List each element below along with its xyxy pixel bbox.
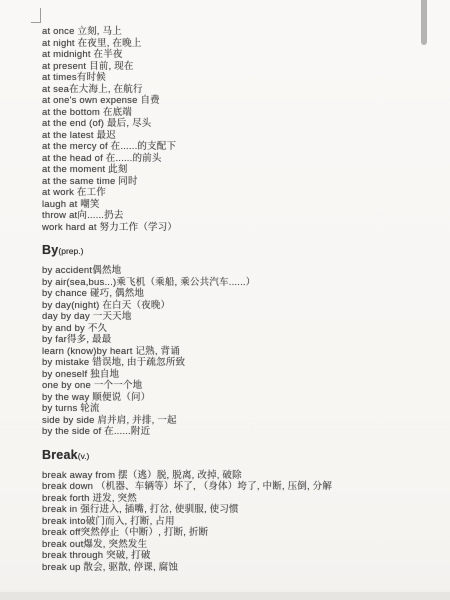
phrase-line: by mistake 错误地, 由于疏忽所致: [42, 357, 426, 369]
phrase-line: at once 立刻, 马上: [42, 26, 426, 38]
phrase-line: break away from 摆（逃）脱, 脱离, 改掉, 破除: [42, 470, 426, 482]
section-title-suffix: (v.): [78, 451, 90, 461]
phrase-line: break through 突破, 打破: [42, 550, 426, 562]
phrase-line: at the same time 同时: [42, 176, 426, 188]
section-title: By: [42, 243, 58, 257]
phrase-line: by and by 不久: [42, 323, 426, 335]
phrase-line: by far得多, 最最: [42, 334, 426, 346]
phrase-line: by accident偶然地: [42, 265, 426, 277]
phrase-line: at work 在工作: [42, 187, 426, 199]
document-page: at once 立刻, 马上at night 在夜里, 在晚上at midnig…: [0, 0, 450, 600]
phrase-line: laugh at 嘲笑: [42, 199, 426, 211]
phrase-line: break into破门而入, 打断, 占用: [42, 516, 426, 528]
phrase-line: break out爆发, 突然发生: [42, 539, 426, 551]
phrase-line: at the mercy of 在......的支配下: [42, 141, 426, 153]
phrase-line: work hard at 努力工作（学习）: [42, 222, 426, 234]
phrase-line: at times有时候: [42, 72, 426, 84]
phrase-line: at the head of 在......的前头: [42, 153, 426, 165]
document-body: at once 立刻, 马上at night 在夜里, 在晚上at midnig…: [42, 26, 426, 573]
section-title-suffix: (prep.): [58, 246, 83, 256]
margin-corner-marker: [31, 8, 41, 23]
phrase-line: at one's own expense 自费: [42, 95, 426, 107]
phrase-line: side by side 肩并肩, 并排, 一起: [42, 415, 426, 427]
section-title: Break: [42, 448, 78, 462]
phrase-line: throw at向......扔去: [42, 210, 426, 222]
phrase-line: learn (know)by heart 记熟, 背诵: [42, 346, 426, 358]
phrase-line: day by day 一天天地: [42, 311, 426, 323]
phrase-line: at the latest 最迟: [42, 130, 426, 142]
phrase-line: at present 目前, 现在: [42, 61, 426, 73]
phrase-line: break up 散会, 驱散, 停课, 腐蚀: [42, 562, 426, 574]
phrase-line: by turns 轮流: [42, 403, 426, 415]
phrase-line: by air(sea,bus...)乘飞机（乘船, 乘公共汽车......）: [42, 277, 426, 289]
page-bottom-edge: [0, 592, 450, 600]
phrase-line: at the end (of) 最后, 尽头: [42, 118, 426, 130]
phrase-line: one by one 一个一个地: [42, 380, 426, 392]
phrase-line: at the bottom 在底端: [42, 107, 426, 119]
phrase-line: by the way 顺便说（问）: [42, 392, 426, 404]
phrase-line: by the side of 在......附近: [42, 426, 426, 438]
phrase-line: by chance 碰巧, 偶然地: [42, 288, 426, 300]
phrase-line: at the moment 此刻: [42, 164, 426, 176]
phrase-line: at night 在夜里, 在晚上: [42, 38, 426, 50]
section-heading: Break(v.): [42, 448, 426, 462]
phrase-line: break down （机器、车辆等）坏了, （身体）垮了, 中断, 压倒, 分…: [42, 481, 426, 493]
phrase-line: break forth 迸发, 突然: [42, 493, 426, 505]
section-heading: By(prep.): [42, 243, 426, 257]
phrase-line: break off突然停止（中断）, 打断, 折断: [42, 527, 426, 539]
phrase-line: by day(night) 在白天（夜晚）: [42, 300, 426, 312]
phrase-line: at sea在大海上, 在航行: [42, 84, 426, 96]
phrase-line: break in 强行进入, 插嘴, 打岔, 使驯服, 使习惯: [42, 504, 426, 516]
phrase-line: by oneself 独自地: [42, 369, 426, 381]
phrase-line: at midnight 在半夜: [42, 49, 426, 61]
